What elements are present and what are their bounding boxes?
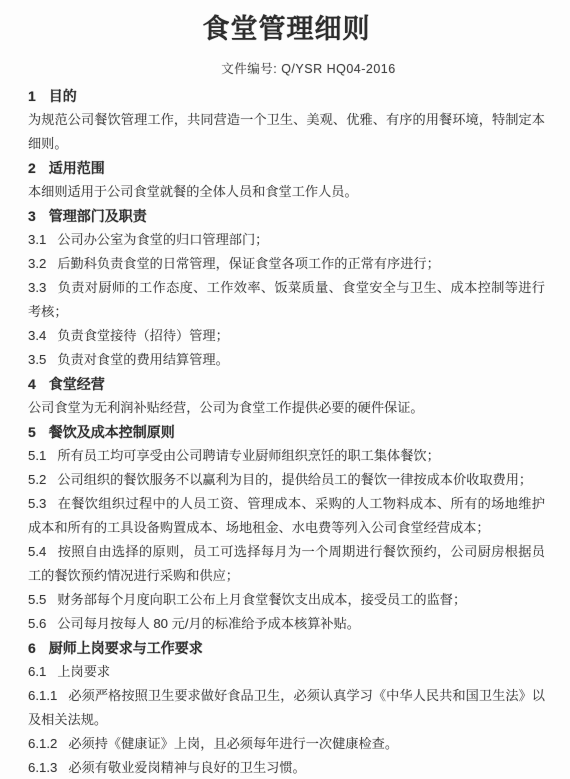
clause: 5.6公司每月按每人 80 元/月的标准给予成本核算补贴。	[28, 612, 545, 636]
clause-text: 必须严格按照卫生要求做好食品卫生，必须认真学习《中华人民共和国卫生法》以及相关法…	[28, 688, 545, 727]
clause-number: 5.5	[28, 592, 57, 607]
clause-text: 公司办公室为食堂的归口管理部门；	[57, 232, 268, 247]
clause-text: 后勤科负责食堂的日常管理，保证食堂各项工作的正常有序进行；	[57, 256, 439, 271]
clause: 6.1.1必须严格按照卫生要求做好食品卫生，必须认真学习《中华人民共和国卫生法》…	[28, 684, 545, 732]
paragraph: 本细则适用于公司食堂就餐的全体人员和食堂工作人员。	[28, 180, 545, 204]
clause: 6.1上岗要求	[28, 660, 545, 684]
section-heading: 1目的	[28, 84, 545, 108]
section-heading: 2适用范围	[28, 156, 545, 180]
clause-number: 3.4	[28, 328, 57, 343]
doc-number: 文件编号: Q/YSR HQ04-2016	[50, 60, 567, 78]
clause: 5.2公司组织的餐饮服务不以赢利为目的，提供给员工的餐饮一律按成本价收取费用；	[28, 468, 545, 492]
section-number: 3	[28, 208, 49, 224]
clause-text: 上岗要求	[57, 664, 110, 679]
clause-number: 6.1	[28, 664, 57, 679]
paragraph: 为规范公司餐饮管理工作，共同营造一个卫生、美观、优雅、有序的用餐环境，特制定本细…	[28, 108, 545, 156]
clause: 5.5财务部每个月度向职工公布上月食堂餐饮支出成本，接受员工的监督；	[28, 588, 545, 612]
clause-number: 3.3	[28, 280, 57, 295]
section-heading-text: 管理部门及职责	[49, 208, 147, 224]
clause-text: 财务部每个月度向职工公布上月食堂餐饮支出成本，接受员工的监督；	[57, 592, 466, 607]
section-heading: 3管理部门及职责	[28, 204, 545, 228]
section-number: 5	[28, 424, 49, 440]
clause: 5.4按照自由选择的原则，员工可选择每月为一个周期进行餐饮预约，公司厨房根据员工…	[28, 540, 545, 588]
clause-number: 5.2	[28, 472, 57, 487]
clause-text: 在餐饮组织过程中的人员工资、管理成本、采购的人工物料成本、所有的场地维护成本和所…	[28, 496, 545, 535]
clause-text: 必须有敬业爱岗精神与良好的卫生习惯。	[68, 760, 305, 775]
clause: 3.1公司办公室为食堂的归口管理部门；	[28, 228, 545, 252]
section-heading-text: 餐饮及成本控制原则	[49, 424, 175, 440]
clause-number: 3.1	[28, 232, 57, 247]
section-heading-text: 厨师上岗要求与工作要求	[49, 640, 203, 656]
clause-number: 5.1	[28, 448, 57, 463]
clause-text: 负责对食堂的费用结算管理。	[57, 352, 228, 367]
clause-number: 5.3	[28, 496, 57, 511]
section-number: 1	[28, 88, 49, 104]
clause-number: 3.2	[28, 256, 57, 271]
clause: 3.5负责对食堂的费用结算管理。	[28, 348, 545, 372]
document-body: 1目的 为规范公司餐饮管理工作，共同营造一个卫生、美观、优雅、有序的用餐环境，特…	[28, 84, 545, 779]
clause-text: 公司每月按每人 80 元/月的标准给予成本核算补贴。	[57, 616, 360, 631]
document-page: 食堂管理细则 文件编号: Q/YSR HQ04-2016 1目的 为规范公司餐饮…	[0, 0, 570, 779]
clause-text: 公司组织的餐饮服务不以赢利为目的，提供给员工的餐饮一律按成本价收取费用；	[57, 472, 532, 487]
clause: 3.2后勤科负责食堂的日常管理，保证食堂各项工作的正常有序进行；	[28, 252, 545, 276]
clause-text: 必须持《健康证》上岗，且必须每年进行一次健康检查。	[68, 736, 398, 751]
page-title: 食堂管理细则	[28, 10, 545, 48]
section-number: 4	[28, 376, 49, 392]
clause-text: 按照自由选择的原则，员工可选择每月为一个周期进行餐饮预约，公司厨房根据员工的餐饮…	[28, 544, 545, 583]
section-heading: 5餐饮及成本控制原则	[28, 420, 545, 444]
clause-text: 所有员工均可享受由公司聘请专业厨师组织烹饪的职工集体餐饮；	[57, 448, 439, 463]
clause-number: 6.1.3	[28, 760, 68, 775]
section-heading-text: 目的	[49, 88, 77, 104]
clause: 3.3负责对厨师的工作态度、工作效率、饭菜质量、食堂安全与卫生、成本控制等进行考…	[28, 276, 545, 324]
clause-number: 6.1.2	[28, 736, 68, 751]
clause-number: 5.6	[28, 616, 57, 631]
clause-number: 5.4	[28, 544, 57, 559]
clause: 3.4负责食堂接待（招待）管理；	[28, 324, 545, 348]
clause: 5.1所有员工均可享受由公司聘请专业厨师组织烹饪的职工集体餐饮；	[28, 444, 545, 468]
clause-number: 6.1.1	[28, 688, 68, 703]
section-number: 6	[28, 640, 49, 656]
clause: 6.1.2必须持《健康证》上岗，且必须每年进行一次健康检查。	[28, 732, 545, 756]
clause-text: 负责对厨师的工作态度、工作效率、饭菜质量、食堂安全与卫生、成本控制等进行考核；	[28, 280, 545, 319]
paragraph: 公司食堂为无利润补贴经营，公司为食堂工作提供必要的硬件保证。	[28, 396, 545, 420]
section-heading-text: 食堂经营	[49, 376, 105, 392]
section-number: 2	[28, 160, 49, 176]
clause: 5.3在餐饮组织过程中的人员工资、管理成本、采购的人工物料成本、所有的场地维护成…	[28, 492, 545, 540]
section-heading: 4食堂经营	[28, 372, 545, 396]
section-heading-text: 适用范围	[49, 160, 105, 176]
clause: 6.1.3必须有敬业爱岗精神与良好的卫生习惯。	[28, 756, 545, 779]
clause-text: 负责食堂接待（招待）管理；	[57, 328, 228, 343]
clause-number: 3.5	[28, 352, 57, 367]
section-heading: 6厨师上岗要求与工作要求	[28, 636, 545, 660]
